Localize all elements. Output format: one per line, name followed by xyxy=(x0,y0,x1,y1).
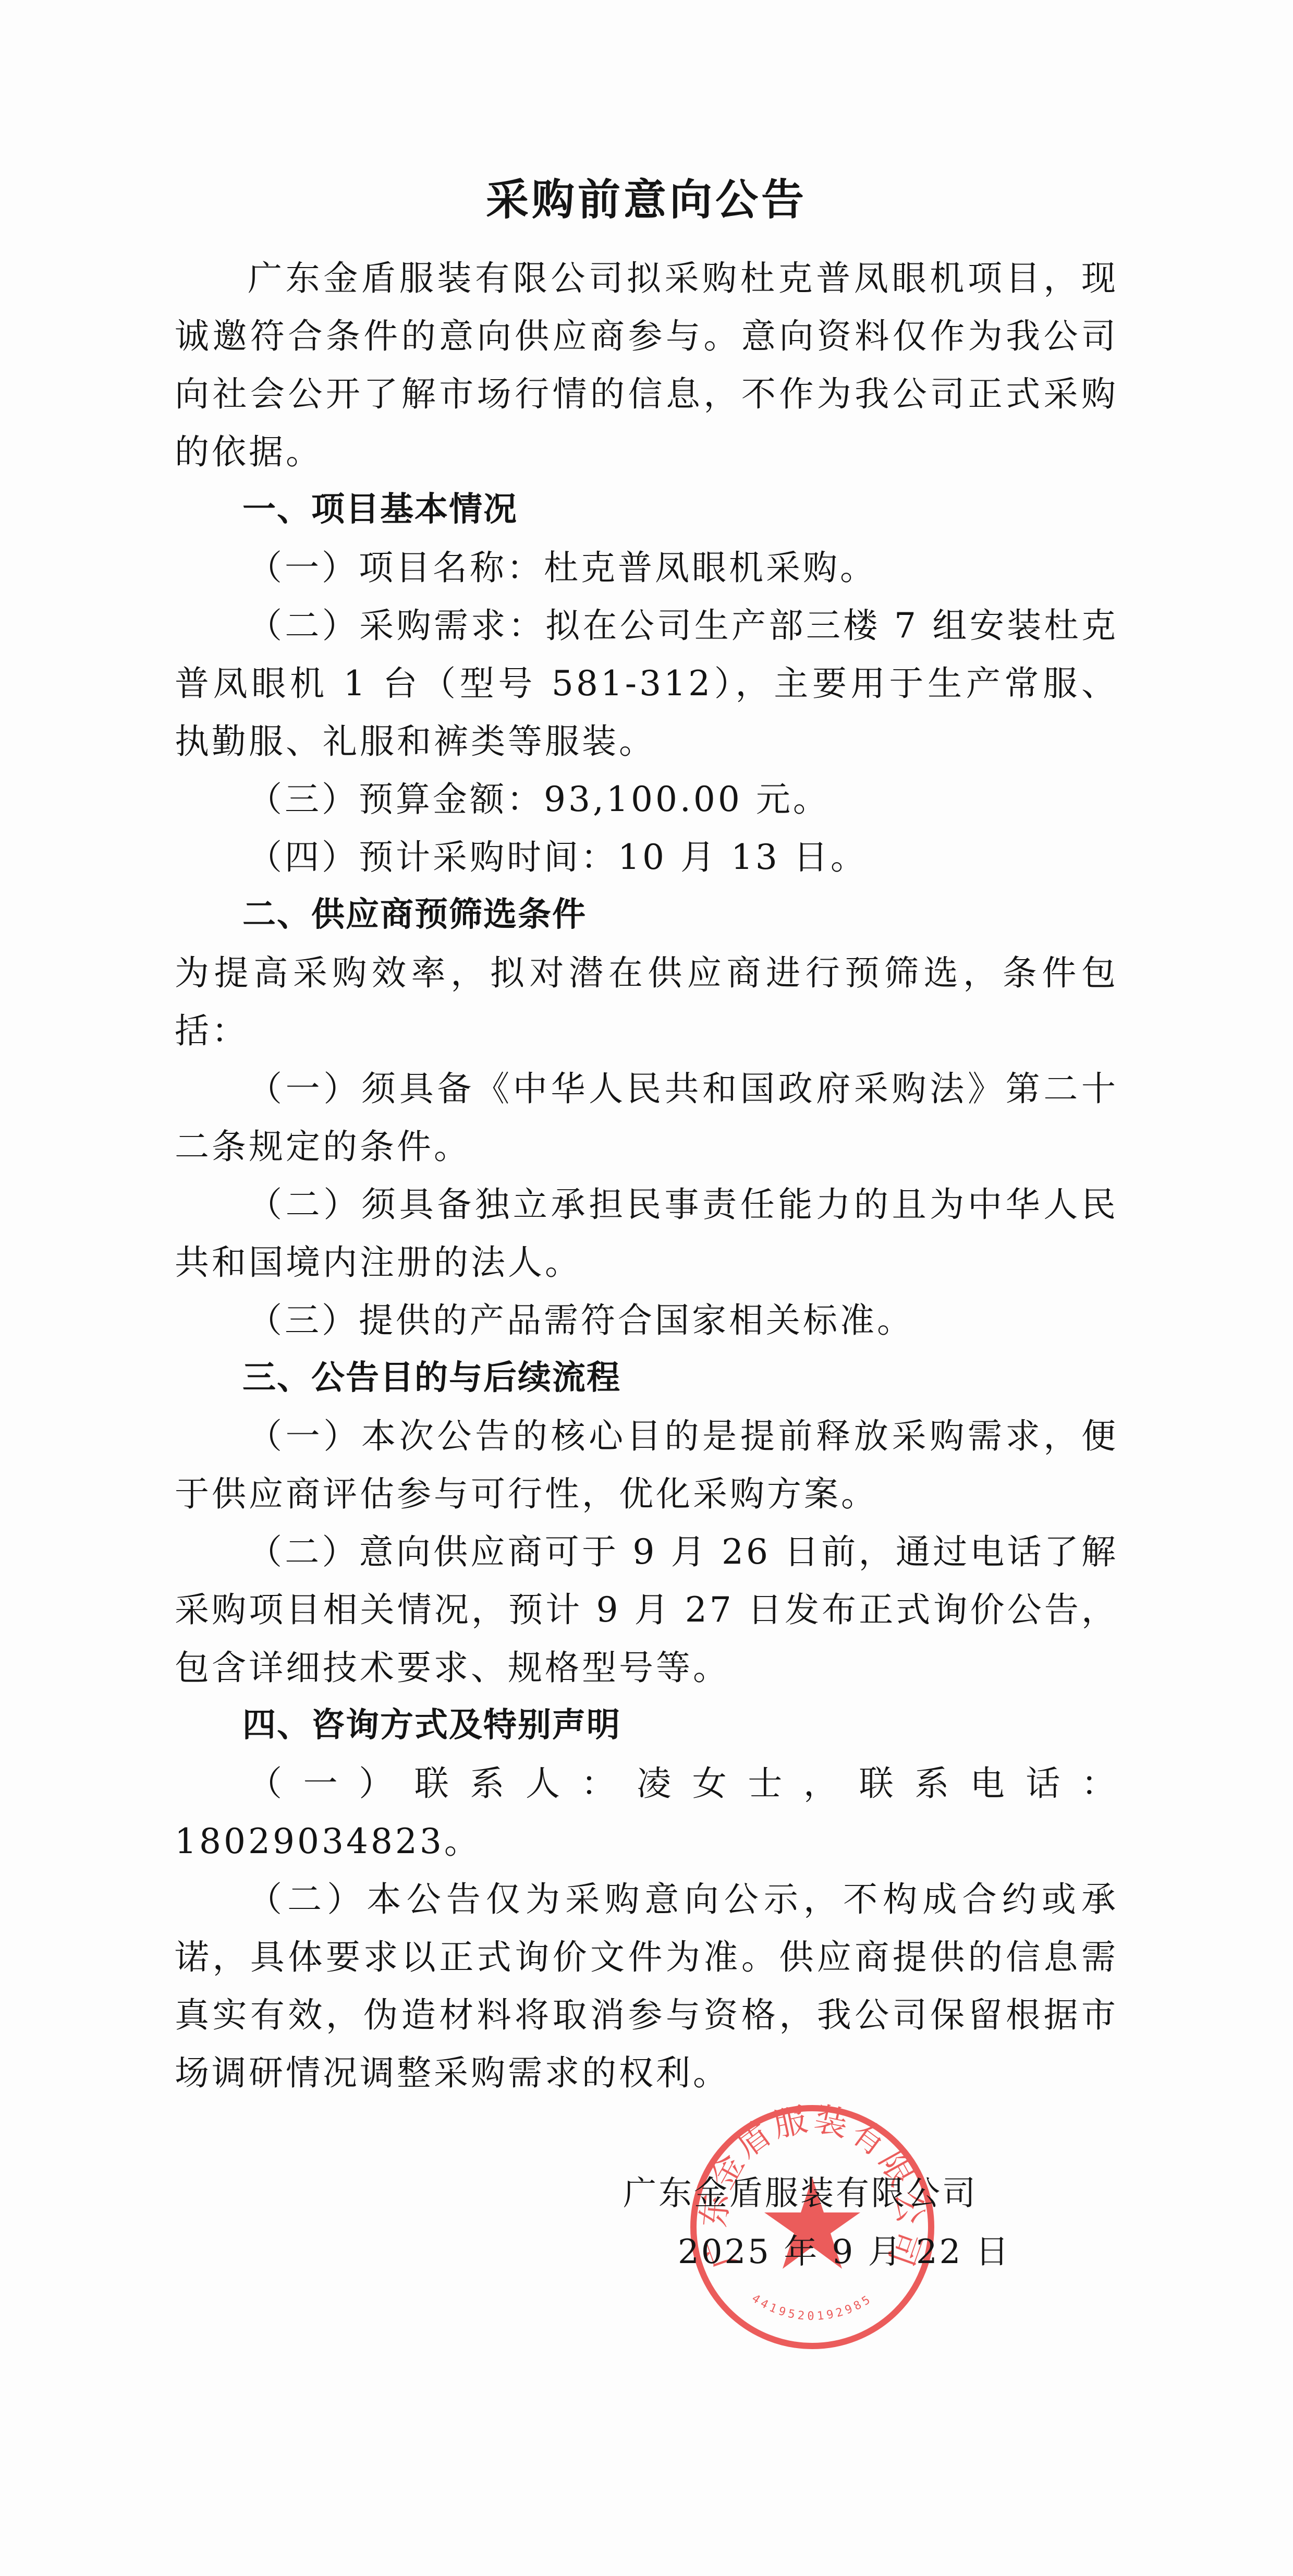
list-item: （一）项目名称：杜克普凤眼机采购。 xyxy=(175,539,1118,597)
contact-item: （一）联系人：凌女士，联系电话：18029034823。 xyxy=(175,1755,1118,1870)
section-supplier-conditions: 二、供应商预筛选条件 为提高采购效率，拟对潜在供应商进行预筛选，条件包括： （一… xyxy=(175,886,1118,1349)
section-heading: 四、咨询方式及特别声明 xyxy=(175,1697,1118,1755)
list-item: （三）提供的产品需符合国家相关标准。 xyxy=(175,1291,1118,1349)
signature-block: 广东金盾服装有限公司 2025 年 9 月 22 日 xyxy=(623,2164,1092,2281)
seal-number: 4419520192985 xyxy=(749,2292,875,2323)
svg-text:4419520192985: 4419520192985 xyxy=(749,2292,875,2323)
list-item: （三）预算金额：93,100.00 元。 xyxy=(175,770,1118,828)
page-title: 采购前意向公告 xyxy=(0,166,1293,227)
section-lead: 为提高采购效率，拟对潜在供应商进行预筛选，条件包括： xyxy=(175,944,1118,1060)
list-item: （二）意向供应商可于 9 月 26 日前，通过电话了解采购项目相关情况，预计 9… xyxy=(175,1523,1118,1697)
section-heading: 二、供应商预筛选条件 xyxy=(175,886,1118,944)
intro-paragraph: 广东金盾服装有限公司拟采购杜克普凤眼机项目，现诚邀符合条件的意向供应商参与。意向… xyxy=(175,249,1118,481)
section-contact-statement: 四、咨询方式及特别声明 （一）联系人：凌女士，联系电话：18029034823。… xyxy=(175,1697,1118,2102)
section-heading: 三、公告目的与后续流程 xyxy=(175,1349,1118,1407)
section-project-info: 一、项目基本情况 （一）项目名称：杜克普凤眼机采购。 （二）采购需求：拟在公司生… xyxy=(175,481,1118,886)
section-purpose-process: 三、公告目的与后续流程 （一）本次公告的核心目的是提前释放采购需求，便于供应商评… xyxy=(175,1349,1118,1697)
section-heading: 一、项目基本情况 xyxy=(175,481,1118,539)
list-item: （一）本次公告的核心目的是提前释放采购需求，便于供应商评估参与可行性，优化采购方… xyxy=(175,1407,1118,1523)
list-item: （二）本公告仅为采购意向公示，不构成合约或承诺，具体要求以正式询价文件为准。供应… xyxy=(175,1870,1118,2102)
list-item: （二）采购需求：拟在公司生产部三楼 7 组安装杜克普凤眼机 1 台（型号 581… xyxy=(175,597,1118,770)
document-page: 采购前意向公告 广东金盾服装有限公司拟采购杜克普凤眼机项目，现诚邀符合条件的意向… xyxy=(0,0,1293,2576)
list-item: （二）须具备独立承担民事责任能力的且为中华人民共和国境内注册的法人。 xyxy=(175,1176,1118,1291)
list-item: （四）预计采购时间：10 月 13 日。 xyxy=(175,828,1118,886)
document-body: 广东金盾服装有限公司拟采购杜克普凤眼机项目，现诚邀符合条件的意向供应商参与。意向… xyxy=(175,249,1118,2102)
list-item: （一）须具备《中华人民共和国政府采购法》第二十二条规定的条件。 xyxy=(175,1060,1118,1176)
signature-date: 2025 年 9 月 22 日 xyxy=(623,2223,1092,2281)
signature-company: 广东金盾服装有限公司 xyxy=(623,2164,1092,2223)
